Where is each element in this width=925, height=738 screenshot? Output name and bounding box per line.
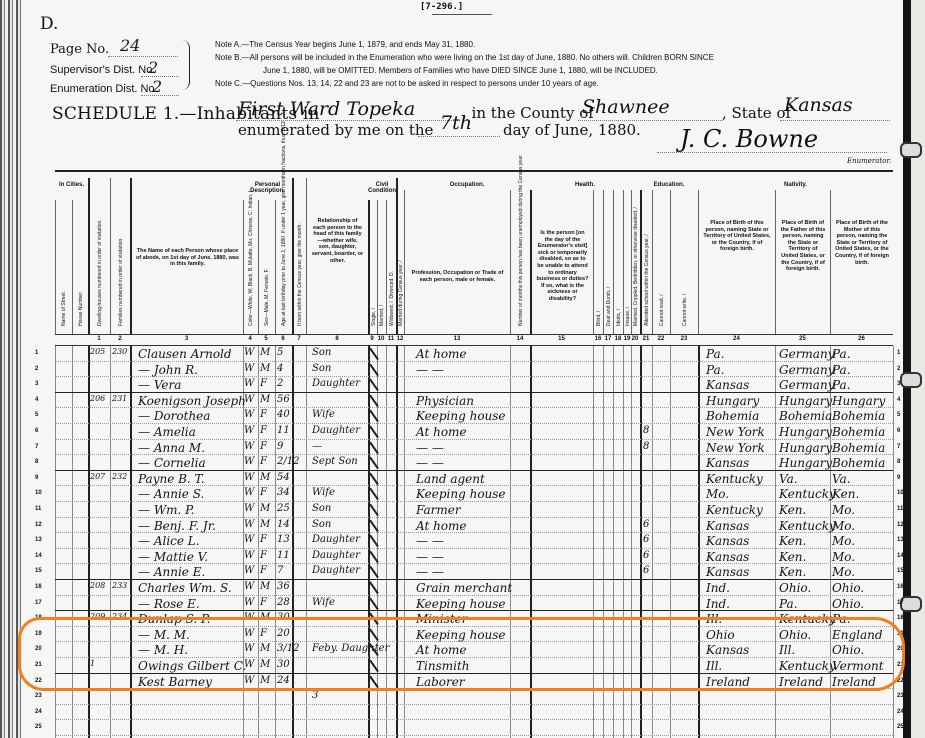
birthplace-mother: Pa.	[832, 347, 851, 361]
age-value: 36	[277, 581, 290, 592]
family-number: 231	[112, 394, 127, 403]
enumeration-value: 2	[152, 77, 162, 96]
person-name: Koenigson Joseph	[138, 394, 246, 408]
birthplace-father: Germany	[779, 363, 834, 377]
header-house: House Number.	[72, 200, 88, 334]
relationship-value: Son	[312, 519, 331, 530]
color-value: W	[244, 441, 254, 452]
dwelling-number: 208	[90, 581, 105, 590]
header-months_unemployed-text: Number of months this person has been un…	[518, 154, 524, 326]
birthplace-father: Ken.	[779, 565, 806, 579]
header-insane-text: Insane, /	[625, 307, 631, 326]
sex-value: F	[260, 487, 267, 498]
relationship-value: Son	[312, 503, 331, 514]
table-row: 66— AmeliaWF11DaughterAt home8New YorkHu…	[55, 424, 893, 440]
sex-value: M	[260, 519, 270, 530]
birthplace-father: Ken.	[779, 534, 806, 548]
group-health: Health.	[530, 182, 640, 188]
column-number: 12	[394, 336, 406, 342]
header-born_month-text: If born within the Census year, give the…	[297, 223, 303, 326]
relationship-value: Wife	[312, 409, 335, 420]
civil-condition-tick	[369, 379, 378, 391]
header-deaf: Deaf and Dumb, /	[603, 190, 613, 334]
birthplace-mother: Pa.	[832, 363, 851, 377]
person-name: — Benj. F. Jr.	[138, 519, 216, 533]
header-birth_self-text: Place of Birth of this person, naming St…	[703, 220, 771, 253]
color-value: W	[244, 565, 254, 576]
color-value: W	[244, 534, 254, 545]
table-row: 23233	[55, 689, 893, 705]
header-birth_self: Place of Birth of this person, naming St…	[698, 190, 775, 334]
occupation-value: — —	[416, 565, 444, 579]
header-married-text: Married, /	[379, 305, 385, 326]
sex-value: M	[260, 581, 270, 592]
column-number: 23	[678, 336, 690, 342]
row-number: 10	[35, 490, 42, 496]
birthplace-self: Ind.	[706, 581, 730, 595]
person-name: — Rose E.	[138, 597, 200, 611]
occupation-value: Keeping house	[416, 487, 506, 501]
column-number: 6	[277, 336, 289, 342]
occupation-value: — —	[416, 534, 444, 548]
occupation-value: Grain merchant	[416, 581, 512, 595]
sex-value: F	[260, 456, 267, 467]
birthplace-father: Va.	[779, 472, 798, 486]
header-sick-text: Is the person [on the day of the Enumera…	[536, 230, 589, 303]
column-number: 13	[451, 336, 463, 342]
header-color: Color—White, W; Black, B; Mulatto, Mu; C…	[243, 200, 258, 334]
birthplace-mother: Ohio.	[832, 597, 864, 611]
birthplace-self: Bohemia	[706, 409, 759, 423]
occupation-value: At home	[416, 519, 467, 533]
color-value: W	[244, 425, 254, 436]
birthplace-father: Ken.	[779, 550, 806, 564]
birthplace-father: Hungary	[779, 425, 832, 439]
highlight-annotation	[18, 617, 905, 691]
header-sex-text: Sex—Male, M; Female, F.	[264, 268, 270, 326]
column-number: 22	[655, 336, 667, 342]
age-value: 40	[277, 409, 290, 420]
person-name: — Amelia	[138, 425, 196, 439]
county-value: Shawnee	[582, 96, 670, 118]
row-number: 13	[35, 537, 42, 543]
enumerator-caption: Enumerator.	[847, 157, 891, 165]
birthplace-self: Mo.	[706, 487, 729, 501]
row-number: 9	[897, 475, 900, 481]
group-occupation_group: Occupation.	[404, 182, 530, 188]
occupation-value: — —	[416, 363, 444, 377]
table-row: 1111— Wm. P.WM25SonFarmerKentuckyKen.Mo.	[55, 502, 893, 518]
occupation-value: Keeping house	[416, 409, 506, 423]
date-suffix: day of June, 1880.	[503, 121, 641, 139]
table-row: 1010— Annie S.WF34WifeKeeping houseMo.Ke…	[55, 486, 893, 502]
person-name: — Alice L.	[138, 534, 200, 548]
person-name: Payne B. T.	[138, 472, 205, 486]
age-value: 5	[277, 347, 283, 358]
row-number: 3	[897, 381, 900, 387]
birthplace-father: Kentucky	[779, 519, 836, 533]
header-birth_mother-text: Place of Birth of the Mother of this per…	[835, 220, 889, 266]
civil-condition-tick	[369, 426, 378, 438]
birthplace-mother: Mo.	[832, 503, 855, 517]
civil-condition-tick	[369, 348, 378, 360]
row-number: 11	[35, 506, 41, 512]
column-numbers: 1234567891011121314151617181920212223242…	[55, 334, 893, 346]
civil-condition-tick	[369, 410, 378, 422]
color-value: W	[244, 581, 254, 592]
state-line	[780, 120, 890, 121]
birthplace-mother: Mo.	[832, 565, 855, 579]
row-number: 23	[897, 693, 904, 699]
note-b: Note B.—All persons will be included in …	[215, 53, 714, 62]
note-c: Note C.—Questions Nos. 13, 14, 22 and 23…	[215, 79, 599, 88]
dwelling-number: 205	[90, 347, 105, 356]
sex-value: M	[260, 363, 270, 374]
table-row: 99207232Payne B. T.WM54Land agentKentuck…	[55, 471, 893, 487]
school-months-value: 8	[643, 425, 649, 436]
row-number: 18	[897, 615, 904, 621]
table-row: 11205230Clausen ArnoldWM5SonAt homePa.Ge…	[55, 346, 893, 362]
person-name: — Anna M.	[138, 441, 205, 455]
birthplace-mother: Ohio.	[832, 581, 864, 595]
header-cannot_read-text: Cannot read, /	[659, 294, 665, 326]
color-value: W	[244, 550, 254, 561]
row-number: 10	[897, 490, 904, 496]
sex-value: F	[260, 534, 267, 545]
row-number: 14	[897, 553, 904, 559]
relationship-value: Daughter	[312, 550, 360, 561]
relationship-value: 3	[312, 690, 318, 701]
row-number: 17	[35, 600, 42, 606]
header-widowed-text: Widowed, /. Divorced, D.	[389, 271, 395, 326]
column-number: 4	[244, 336, 256, 342]
sex-value: F	[260, 409, 267, 420]
table-row: 1717— Rose E.WF28WifeKeeping houseInd.Pa…	[55, 596, 893, 612]
sex-value: F	[260, 597, 267, 608]
header-cannot_write: Cannot write, /	[670, 190, 698, 334]
birthplace-self: Pa.	[706, 363, 725, 377]
birthplace-father: Ken.	[779, 503, 806, 517]
birthplace-mother: Pa.	[832, 378, 851, 392]
civil-condition-tick	[369, 473, 378, 485]
birthplace-self: New York	[706, 441, 765, 455]
header-age-text: Age at last birthday prior to June 1, 18…	[281, 121, 287, 326]
page-no-value: 24	[120, 36, 140, 55]
dwelling-number: 207	[90, 472, 105, 481]
occupation-value: Keeping house	[416, 597, 506, 611]
occupation-value: Land agent	[416, 472, 485, 486]
header-idiotic-text: Idiotic, /	[616, 309, 622, 326]
birthplace-self: Kentucky	[706, 472, 763, 486]
color-value: W	[244, 456, 254, 467]
header-maimed-text: Maimed, Crippled, Bedridden, or otherwis…	[633, 207, 639, 326]
row-number: 12	[897, 522, 904, 528]
sex-value: M	[260, 394, 270, 405]
row-number: 7	[897, 444, 900, 450]
header-family-text: Families numbered in order of visitation…	[118, 237, 124, 326]
header-birth_father-text: Place of Birth of the Father of this per…	[780, 220, 826, 273]
birthplace-mother: Mo.	[832, 534, 855, 548]
row-number: 15	[35, 568, 42, 574]
relationship-value: Sept Son	[312, 456, 358, 467]
table-row: 2424	[55, 705, 893, 721]
header-idiotic: Idiotic, /	[613, 190, 623, 334]
civil-condition-tick	[369, 551, 378, 563]
sex-value: F	[260, 425, 267, 436]
sex-value: F	[260, 441, 267, 452]
table-row: 1515— Annie E.WF7Daughter— —6KansasKen.M…	[55, 564, 893, 580]
civil-condition-tick	[369, 441, 378, 453]
header-single: Single, /	[368, 200, 377, 334]
color-value: W	[244, 472, 254, 483]
page-no-label: Page No.	[50, 42, 109, 57]
table-row: 1313— Alice L.WF13Daughter— —6KansasKen.…	[55, 533, 893, 549]
school-months-value: 6	[643, 519, 649, 530]
civil-condition-tick	[369, 457, 378, 469]
row-number: 23	[35, 693, 42, 699]
header-sick: Is the person [on the day of the Enumera…	[530, 190, 593, 334]
header-widowed: Widowed, /. Divorced, D.	[386, 200, 396, 334]
header-blind: Blind, /	[593, 190, 603, 334]
note-a: Note A.—The Census Year begins June 1, 1…	[215, 40, 475, 49]
table-row: 77— Anna M.WF9—— —8New YorkHungaryBohemi…	[55, 440, 893, 456]
day-line	[418, 136, 500, 137]
person-name: — Wm. P.	[138, 503, 195, 517]
group-education: Education.	[640, 182, 698, 188]
row-number: 25	[897, 724, 904, 730]
enumerator-signature: J. C. Bowne	[680, 125, 818, 153]
divider	[432, 14, 492, 15]
header-months_unemployed: Number of months this person has been un…	[510, 190, 530, 334]
row-number: 7	[35, 444, 38, 450]
birthplace-father: Hungary	[779, 441, 832, 455]
birthplace-self: Kentucky	[706, 503, 763, 517]
header-street-text: Name of Street.	[61, 291, 67, 326]
group-in_cities: In Cities.	[55, 182, 88, 188]
school-months-value: 8	[643, 441, 649, 452]
left-binding-edge	[0, 0, 22, 738]
birthplace-father: Pa.	[779, 597, 798, 611]
relationship-value: Son	[312, 347, 331, 358]
occupation-value: Farmer	[416, 503, 461, 517]
row-number: 24	[897, 709, 904, 715]
family-number: 232	[112, 472, 127, 481]
person-name: — Annie S.	[138, 487, 204, 501]
row-number: 1	[35, 350, 38, 356]
row-number: 8	[35, 459, 38, 465]
birthplace-mother: Bohemia	[832, 456, 885, 470]
age-value: 56	[277, 394, 290, 405]
header-blind-text: Blind, /	[596, 311, 602, 326]
supervisor-label: Supervisor's Dist. No.	[50, 64, 155, 76]
supervisor-value: 2	[148, 58, 158, 77]
state-value: Kansas	[784, 94, 853, 116]
person-name: — Annie E.	[138, 565, 205, 579]
header-family: Families numbered in order of visitation…	[110, 178, 130, 334]
civil-condition-tick	[369, 504, 378, 516]
table-row: 1212— Benj. F. Jr.WM14SonAt home6KansasK…	[55, 518, 893, 534]
column-number: 1	[93, 336, 105, 342]
row-number: 1	[897, 350, 900, 356]
birthplace-self: Kansas	[706, 378, 749, 392]
column-number: 25	[797, 336, 809, 342]
birthplace-mother: Bohemia	[832, 425, 885, 439]
row-number: 8	[897, 459, 900, 465]
color-value: W	[244, 597, 254, 608]
note-b-cont: June 1, 1880, will be OMITTED. Members o…	[263, 66, 658, 75]
row-number: 6	[897, 428, 900, 434]
birthplace-mother: Hungary	[832, 394, 885, 408]
person-name: — Dorothea	[138, 409, 210, 423]
birthplace-father: Bohemia	[779, 409, 832, 423]
person-name: — Mattie V.	[138, 550, 208, 564]
right-binding-bar	[903, 0, 911, 738]
column-number: 15	[556, 336, 568, 342]
row-number: 4	[897, 397, 900, 403]
occupation-value: Physician	[416, 394, 474, 408]
place-value: First Ward Topeka	[238, 98, 415, 120]
birthplace-self: Kansas	[706, 519, 749, 533]
binding-clip-icon	[900, 142, 922, 158]
relationship-value: Daughter	[312, 534, 360, 545]
table-row: 44206231Koenigson JosephWM56PhysicianHun…	[55, 393, 893, 409]
table-row: 1414— Mattie V.WF11Daughter— —6KansasKen…	[55, 549, 893, 565]
schedule-letter: D.	[40, 14, 58, 34]
header-name-text: The Name of each Person whose place of a…	[136, 248, 239, 268]
row-number: 13	[897, 537, 904, 543]
divider	[55, 170, 893, 172]
age-value: 54	[277, 472, 290, 483]
header-age: Age at last birthday prior to June 1, 18…	[275, 200, 292, 334]
row-number: 6	[35, 428, 38, 434]
civil-condition-tick	[369, 519, 378, 531]
occupation-value: At home	[416, 425, 467, 439]
header-born_month: If born within the Census year, give the…	[292, 178, 306, 334]
birthplace-mother: Bohemia	[832, 409, 885, 423]
binding-clip-icon	[900, 372, 922, 388]
birthplace-self: Kansas	[706, 534, 749, 548]
census-page: [7-296.] D. Page No. 24 Supervisor's Dis…	[0, 0, 925, 738]
column-number: 24	[731, 336, 743, 342]
birthplace-self: Kansas	[706, 456, 749, 470]
civil-condition-tick	[369, 566, 378, 578]
sex-value: F	[260, 378, 267, 389]
person-name: — Vera	[138, 378, 181, 392]
age-value: 2/12	[277, 456, 299, 467]
birthplace-mother: Mo.	[832, 550, 855, 564]
age-value: 28	[277, 597, 290, 608]
column-number: 14	[514, 336, 526, 342]
school-months-value: 6	[643, 534, 649, 545]
dwelling-number: 206	[90, 394, 105, 403]
sex-value: F	[260, 565, 267, 576]
column-number: 21	[640, 336, 652, 342]
civil-condition-tick	[369, 488, 378, 500]
color-value: W	[244, 487, 254, 498]
birthplace-father: Germany	[779, 378, 834, 392]
row-number: 2	[35, 366, 38, 372]
school-months-value: 6	[643, 550, 649, 561]
header-name: The Name of each Person whose place of a…	[130, 178, 243, 334]
header-sex: Sex—Male, M; Female, F.	[258, 200, 275, 334]
color-value: W	[244, 519, 254, 530]
row-number: 9	[35, 475, 38, 481]
row-number: 3	[35, 381, 38, 387]
age-value: 14	[277, 519, 290, 530]
page-no-line	[108, 56, 178, 57]
birthplace-father: Ohio.	[779, 581, 811, 595]
group-nativity: Nativity.	[698, 182, 893, 188]
header-house-text: House Number.	[78, 291, 84, 326]
row-number: 17	[897, 600, 904, 606]
color-value: W	[244, 347, 254, 358]
day-value: 7th	[440, 112, 472, 134]
school-months-value: 6	[643, 565, 649, 576]
header-cannot_read: Cannot read, /	[652, 190, 670, 334]
header-single-text: Single, /	[371, 308, 377, 326]
header-relationship: Relationship of each person to the head …	[306, 178, 368, 334]
relationship-value: Wife	[312, 487, 335, 498]
birthplace-father: Hungary	[779, 394, 832, 408]
table-row: 55— DorotheaWF40WifeKeeping houseBohemia…	[55, 408, 893, 424]
person-name: — John R.	[138, 363, 198, 377]
birthplace-self: Kansas	[706, 550, 749, 564]
column-number: 26	[856, 336, 868, 342]
row-number: 24	[35, 709, 42, 715]
header-insane: Insane, /	[623, 190, 631, 334]
relationship-value: —	[312, 441, 322, 452]
color-value: W	[244, 394, 254, 405]
column-number: 8	[331, 336, 343, 342]
civil-condition-tick	[369, 582, 378, 594]
header-deaf-text: Deaf and Dumb, /	[606, 287, 612, 326]
civil-condition-tick	[369, 395, 378, 407]
civil-condition-tick	[369, 535, 378, 547]
header-attended-text: Attended school within the Census year, …	[644, 234, 650, 326]
birthplace-self: Kansas	[706, 565, 749, 579]
row-number: 5	[35, 412, 38, 418]
row-number: 15	[897, 568, 904, 574]
birthplace-mother: Va.	[832, 472, 851, 486]
occupation-value: At home	[416, 347, 467, 361]
header-cannot_write-text: Cannot write, /	[682, 294, 688, 326]
family-number: 230	[112, 347, 127, 356]
table-row: 1616208233Charles Wm. S.WM36Grain mercha…	[55, 580, 893, 596]
sex-value: F	[260, 550, 267, 561]
header-occupation: Profession, Occupation or Trade of each …	[404, 190, 510, 334]
relationship-value: Wife	[312, 597, 335, 608]
person-name: Charles Wm. S.	[138, 581, 232, 595]
brace	[182, 40, 190, 90]
civil-condition-tick	[369, 363, 378, 375]
relationship-value: Son	[312, 363, 331, 374]
color-value: W	[244, 409, 254, 420]
header-relationship-text: Relationship of each person to the head …	[311, 218, 364, 264]
header-dwelling-text: Dwelling-houses numbered in order of vis…	[97, 219, 103, 326]
header-birth_father: Place of Birth of the Father of this per…	[775, 190, 830, 334]
color-value: W	[244, 378, 254, 389]
age-value: 11	[277, 425, 290, 436]
person-name: — Cornelia	[138, 456, 206, 470]
person-name: Clausen Arnold	[138, 347, 232, 361]
table-row: 88— CorneliaWF2/12Sept Son— —KansasHunga…	[55, 455, 893, 471]
header-occupation-text: Profession, Occupation or Trade of each …	[409, 270, 506, 283]
header-color-text: Color—White, W; Black, B; Mulatto, Mu; C…	[248, 189, 254, 326]
sex-value: M	[260, 347, 270, 358]
relationship-value: Daughter	[312, 565, 360, 576]
row-number: 5	[897, 412, 900, 418]
form-code: [7-296.]	[420, 2, 463, 12]
